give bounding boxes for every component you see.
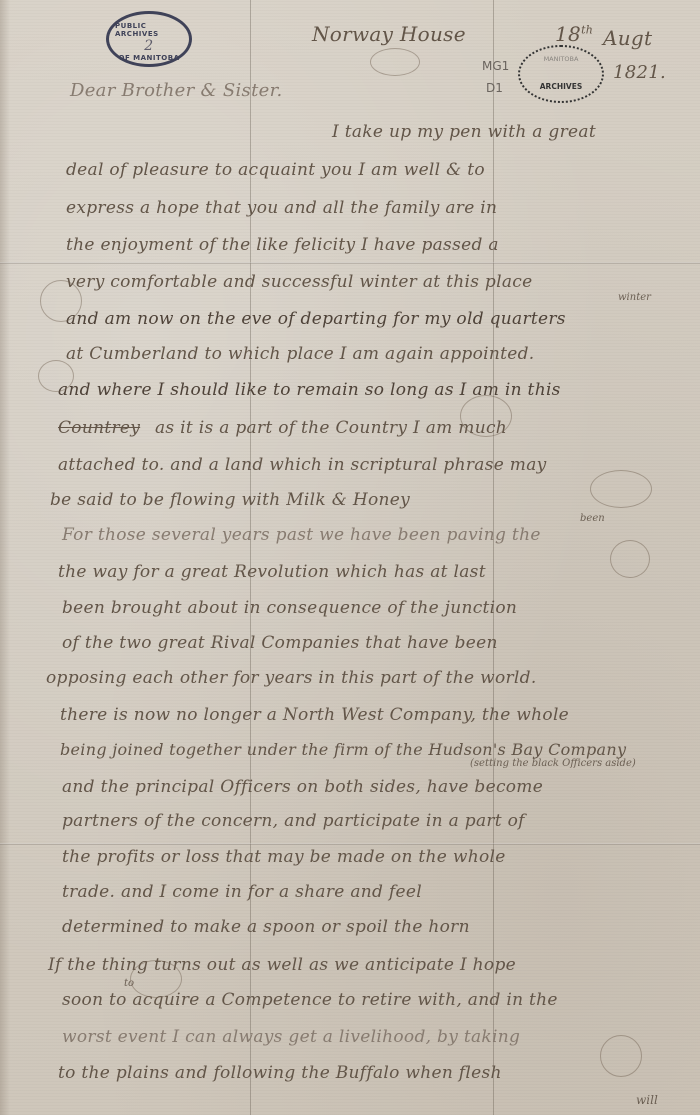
interlineation-been: been <box>580 513 605 524</box>
flourish <box>460 395 512 437</box>
pencil-reference-d1: D1 <box>486 80 503 96</box>
letter-line-9-rest: as it is a part of the Country I am much <box>155 418 507 438</box>
letter-line-21: the profits or loss that may be made on … <box>62 847 506 867</box>
letter-line-24: If the thing turns out as well as we ant… <box>48 955 516 975</box>
flourish <box>130 960 182 998</box>
letter-line-14: been brought about in consequence of the… <box>62 598 517 618</box>
interlineation-winter: winter <box>618 292 651 303</box>
letter-line-16: opposing each other for years in this pa… <box>46 668 537 688</box>
flourish <box>610 540 650 578</box>
letter-line-10: attached to. and a land which in scriptu… <box>58 455 547 475</box>
stamp-bottom-text: OF MANITOBA <box>119 54 180 62</box>
stamp-top-text: PUBLIC ARCHIVES <box>115 22 183 38</box>
letter-page: PUBLIC ARCHIVES 2 OF MANITOBA MANITOBA A… <box>0 0 700 1115</box>
dateline-year: 1821. <box>613 62 666 83</box>
letter-line-1: I take up my pen with a great <box>332 122 596 142</box>
letter-line-5: very comfortable and successful winter a… <box>66 272 532 292</box>
day-number: 18 <box>555 22 581 46</box>
dateline-place: Norway House <box>312 22 466 46</box>
salutation: Dear Brother & Sister. <box>70 80 283 101</box>
fold-line-horizontal-upper <box>0 262 700 264</box>
letter-line-3: express a hope that you and all the fami… <box>66 198 497 218</box>
letter-line-12: For those several years past we have bee… <box>62 525 541 545</box>
flourish <box>40 280 82 322</box>
letter-line-2: deal of pleasure to acquaint you I am we… <box>66 160 485 180</box>
letter-line-25: soon to acquire a Competence to retire w… <box>62 990 558 1010</box>
pencil-reference-mg1: MG1 <box>482 58 509 74</box>
letter-line-19: and the principal Officers on both sides… <box>62 777 543 797</box>
letter-line-11: be said to be flowing with Milk & Honey <box>50 490 410 510</box>
letter-line-7: at Cumberland to which place I am again … <box>66 344 534 364</box>
manitoba-archives-stamp: MANITOBA ARCHIVES <box>518 45 604 103</box>
flourish <box>370 48 420 76</box>
letter-line-18: being joined together under the firm of … <box>60 740 626 759</box>
interlineation-will: will <box>636 1093 658 1107</box>
stamp-number: 2 <box>144 38 153 54</box>
fold-line-vertical-right <box>493 0 494 1115</box>
letter-line-4: the enjoyment of the like felicity I hav… <box>66 235 499 255</box>
flourish <box>590 470 652 508</box>
letter-line-13: the way for a great Revolution which has… <box>58 562 486 582</box>
letter-line-22: trade. and I come in for a share and fee… <box>62 882 422 902</box>
letter-line-27: to the plains and following the Buffalo … <box>58 1063 502 1083</box>
letter-line-9: Countrey <box>58 418 140 438</box>
letter-line-23: determined to make a spoon or spoil the … <box>62 917 470 937</box>
letter-line-6: and am now on the eve of departing for m… <box>66 309 566 329</box>
stamp-bottom-text: ARCHIVES <box>540 82 582 91</box>
flourish <box>38 360 74 392</box>
dateline-day: 18th <box>555 22 593 46</box>
day-suffix: th <box>581 23 593 36</box>
letter-line-26: worst event I can always get a livelihoo… <box>62 1027 520 1047</box>
letter-line-17: there is now no longer a North West Comp… <box>60 705 569 725</box>
struck-word: Countrey <box>58 418 140 438</box>
flourish <box>600 1035 642 1077</box>
dateline-month: Augt <box>603 26 652 50</box>
letter-line-20: partners of the concern, and participate… <box>62 811 525 831</box>
public-archives-stamp: PUBLIC ARCHIVES 2 OF MANITOBA <box>106 11 192 67</box>
letter-line-15: of the two great Rival Companies that ha… <box>62 633 498 653</box>
fold-line-horizontal-lower <box>0 843 700 845</box>
interlineation-setting-aside: (setting the black Officers aside) <box>470 758 636 769</box>
page-edge-shadow <box>0 0 10 1115</box>
stamp-top-text: MANITOBA <box>544 55 579 63</box>
